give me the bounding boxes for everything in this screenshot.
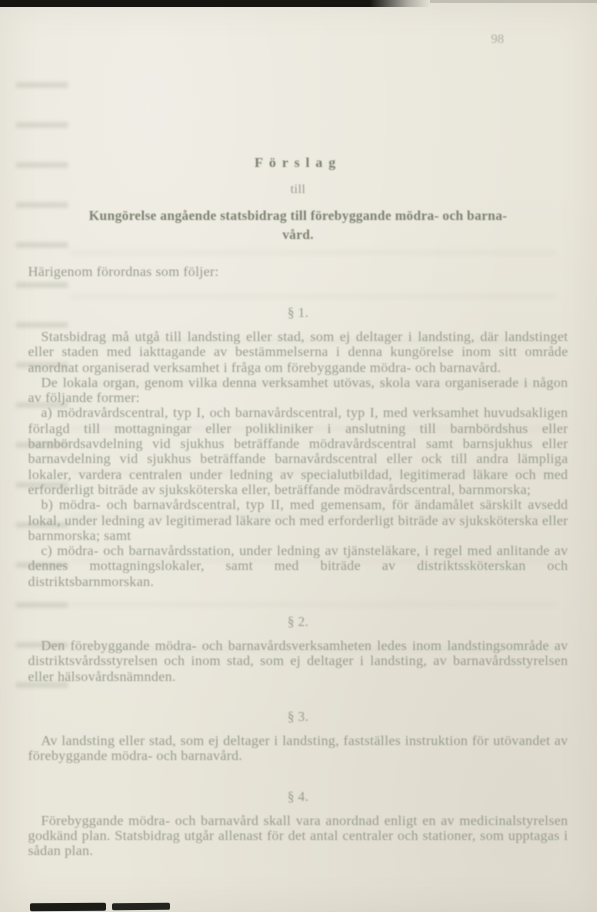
section-2-paragraph-1: Den förebyggande mödra- och barnavårdsve… (28, 639, 568, 685)
section-4-paragraph-1: Förebyggande mödra- och barnavård skall … (28, 814, 568, 860)
section-1-paragraph-2: De lokala organ, genom vilka denna verks… (28, 376, 568, 407)
section-3-mark: § 3. (28, 709, 568, 725)
decree-heading-line-2: vård. (282, 227, 313, 242)
document-subtitle: till (28, 181, 568, 197)
section-2-mark: § 2. (28, 614, 568, 630)
scanned-document-page: 98 Förslag till Kungörelse angående stat… (0, 0, 597, 912)
section-3-paragraph-1: Av landsting eller stad, som ej deltager… (28, 734, 568, 765)
section-1-paragraph-1: Statsbidrag må utgå till landsting eller… (28, 330, 568, 376)
section-1-mark: § 1. (28, 305, 568, 321)
scan-artifact-bottom-mark (112, 903, 170, 910)
preamble: Härigenom förordnas som följer: (28, 265, 568, 281)
scan-artifact-bottom-mark (30, 903, 106, 912)
section-4-mark: § 4. (28, 789, 568, 805)
document-content: Förslag till Kungörelse angående statsbi… (28, 0, 568, 859)
decree-heading: Kungörelse angående statsbidrag till för… (28, 206, 568, 244)
section-1-item-c: c) mödra- och barnavårdsstation, under l… (28, 544, 568, 590)
decree-heading-line-1: Kungörelse angående statsbidrag till för… (89, 208, 507, 223)
section-1-item-a: a) mödravårdscentral, typ I, och barnavå… (28, 406, 568, 498)
document-title: Förslag (28, 156, 568, 172)
section-1-item-b: b) mödra- och barnavårdscentral, typ II,… (28, 498, 568, 544)
